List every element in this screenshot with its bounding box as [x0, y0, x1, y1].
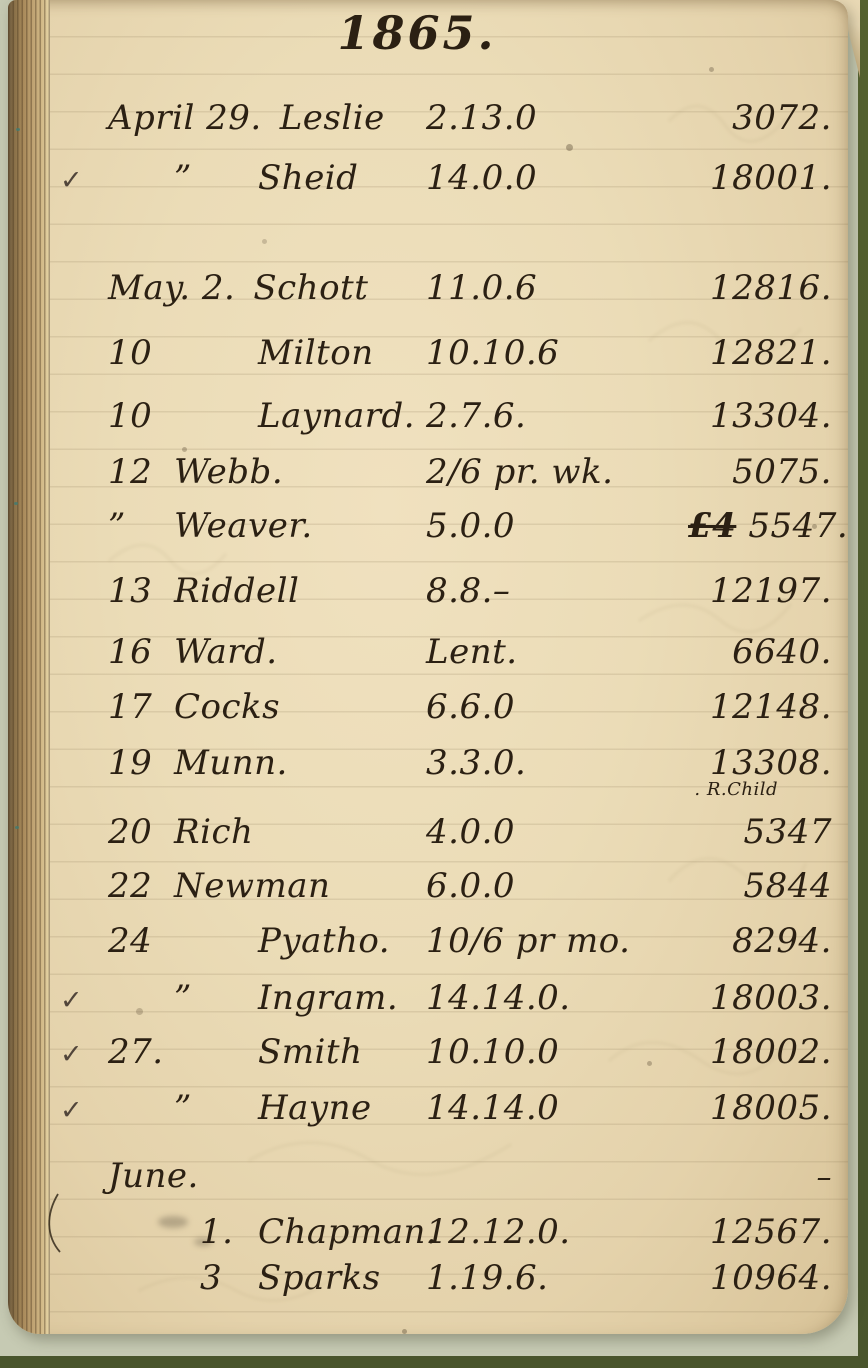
ledger-row: 17Cocks 6.6.0 12148. [54, 681, 840, 733]
entry-date: 3 [108, 1252, 258, 1304]
ink-specks [8, 0, 11, 3]
entry-name: Laynard. [258, 390, 415, 442]
ledger-row: ✓”Ingram. 14.14.0. 18003. [54, 972, 840, 1024]
entry-number: 10964. [688, 1252, 840, 1304]
entry-name: Pyatho. [258, 915, 390, 967]
check-mark-icon: ✓ [54, 1029, 108, 1081]
ledger-page: 1865. April 29.Leslie 2.13.0 3072. ✓”She… [8, 0, 848, 1334]
entry-amount: 10/6 pr mo. [426, 915, 688, 967]
entry-number: 5347 [688, 806, 840, 858]
entry-name: Ingram. [258, 972, 398, 1024]
entry-number: 12816. [688, 262, 840, 314]
ledger-photo: 1865. April 29.Leslie 2.13.0 3072. ✓”She… [0, 0, 868, 1368]
entry-amount: 6.6.0 [426, 681, 688, 733]
month-heading-row: June. – [54, 1150, 840, 1202]
ledger-row: 20Rich 4.0.0 5347 [54, 806, 840, 858]
entry-name: Hayne [258, 1082, 372, 1134]
entry-name: Cocks [174, 681, 280, 733]
frame-border-bottom [0, 1356, 868, 1368]
entry-date: ” [108, 500, 174, 552]
ledger-row: 3Sparks 1.19.6. 10964. [54, 1252, 840, 1304]
entry-name: Rich [174, 806, 253, 858]
entry-date: 10 [108, 327, 258, 379]
entry-amount: 3.3.0. [426, 737, 688, 789]
entry-number: 12197. [688, 565, 840, 617]
month-heading: June. [108, 1150, 199, 1202]
entry-number: 6640. [688, 626, 840, 678]
entry-number: 12148. [688, 681, 840, 733]
entry-date: 17 [108, 681, 174, 733]
entry-number: 18001. [688, 152, 840, 204]
ledger-row: ✓”Hayne 14.14.0 18005. [54, 1082, 840, 1134]
entry-amount: 2.13.0 [426, 92, 688, 144]
entry-name: Munn. [174, 737, 288, 789]
entry-number: 5075. [688, 446, 840, 498]
entry-date: ” [108, 972, 258, 1024]
edge-speck [14, 502, 18, 505]
check-mark-icon: ✓ [54, 1085, 108, 1137]
entry-date: 19 [108, 737, 174, 789]
entry-date: 20 [108, 806, 174, 858]
entry-amount: 2/6 pr. wk. [426, 446, 688, 498]
entry-number: 13304. [688, 390, 840, 442]
ledger-row: ✓”Sheid 14.0.0 18001. [54, 152, 840, 204]
entry-number: 12567. [688, 1206, 840, 1258]
entry-number: 8294. [688, 915, 840, 967]
ledger-row: 22Newman 6.0.0 5844 [54, 860, 840, 912]
entry-name: Weaver. [174, 500, 313, 552]
ledger-row: ✓27.Smith 10.10.0 18002. [54, 1026, 840, 1078]
ledger-row: 10Milton 10.10.6 12821. [54, 327, 840, 379]
ledger-row: May. 2.Schott 11.0.6 12816. [54, 262, 840, 314]
entry-name: Smith [258, 1026, 362, 1078]
entry-amount: 8.8.– [426, 565, 688, 617]
entry-date: 27. [108, 1026, 258, 1078]
entry-number: 5844 [688, 860, 840, 912]
entry-number: 18003. [688, 972, 840, 1024]
entry-amount: 14.14.0. [426, 972, 688, 1024]
entry-name: Milton [258, 327, 374, 379]
entry-amount: 14.14.0 [426, 1082, 688, 1134]
ledger-row: 1.Chapman. 12.12.0. 12567. [54, 1206, 840, 1258]
entry-amount: 4.0.0 [426, 806, 688, 858]
ledger-row: 16Ward. Lent. 6640. [54, 626, 840, 678]
entry-date: ” [108, 152, 258, 204]
ledger-row: 24Pyatho. 10/6 pr mo. 8294. [54, 915, 840, 967]
check-mark-icon: ✓ [54, 155, 108, 207]
entry-date: 13 [108, 565, 174, 617]
entry-amount: 5.0.0 [426, 500, 688, 552]
edge-speck [16, 128, 20, 131]
entry-date: 22 [108, 860, 174, 912]
ledger-row: 12Webb. 2/6 pr. wk. 5075. [54, 446, 840, 498]
entry-name: Schott [253, 262, 368, 314]
check-mark-icon: ✓ [54, 975, 108, 1027]
side-note: . R.Child [694, 779, 778, 800]
ledger-row: ”Weaver. 5.0.0 £45547. [54, 500, 840, 552]
entry-date: 1. [108, 1206, 258, 1258]
binding-edge [8, 0, 50, 1334]
ledger-row: April 29.Leslie 2.13.0 3072. [54, 92, 840, 144]
entry-amount: 1.19.6. [426, 1252, 688, 1304]
entry-number: 12821. [688, 327, 840, 379]
june-dash: – [688, 1152, 840, 1204]
frame-border-right [858, 0, 868, 1368]
entry-number-value: 5547. [748, 506, 848, 546]
ledger-entries: 1865. April 29.Leslie 2.13.0 3072. ✓”She… [54, 0, 840, 1334]
entry-date: 12 [108, 446, 174, 498]
entry-amount: Lent. [426, 626, 688, 678]
ledger-row: 13Riddell 8.8.– 12197. [54, 565, 840, 617]
entry-name: Sparks [258, 1252, 381, 1304]
entry-number: 18005. [688, 1082, 840, 1134]
entry-amount: 2.7.6. [426, 390, 688, 442]
entry-number: £45547. [688, 500, 856, 552]
ledger-row: 10Laynard. 2.7.6. 13304. [54, 390, 840, 442]
entry-amount: 10.10.6 [426, 327, 688, 379]
entry-date: 10 [108, 390, 258, 442]
entry-name: Sheid [258, 152, 358, 204]
entry-date: ” [108, 1082, 258, 1134]
year-title: 1865. [54, 6, 780, 60]
entry-amount: 14.0.0 [426, 152, 688, 204]
entry-amount: 10.10.0 [426, 1026, 688, 1078]
entry-name: Webb. [174, 446, 283, 498]
entry-number: 3072. [688, 92, 840, 144]
entry-amount: 6.0.0 [426, 860, 688, 912]
entry-name: Newman [174, 860, 330, 912]
edge-speck [15, 826, 19, 829]
entry-number: 18002. [688, 1026, 840, 1078]
entry-name: Riddell [174, 565, 299, 617]
entry-date: May. 2. [108, 262, 235, 314]
entry-date: 24 [108, 915, 258, 967]
entry-name: Ward. [174, 626, 278, 678]
entry-name: Chapman. [258, 1206, 437, 1258]
entry-amount: 12.12.0. [426, 1206, 688, 1258]
entry-date: 16 [108, 626, 174, 678]
entry-date: April 29. [108, 92, 262, 144]
entry-amount: 11.0.6 [426, 262, 688, 314]
struck-amount: £4 [688, 506, 736, 546]
entry-name: Leslie [280, 92, 385, 144]
